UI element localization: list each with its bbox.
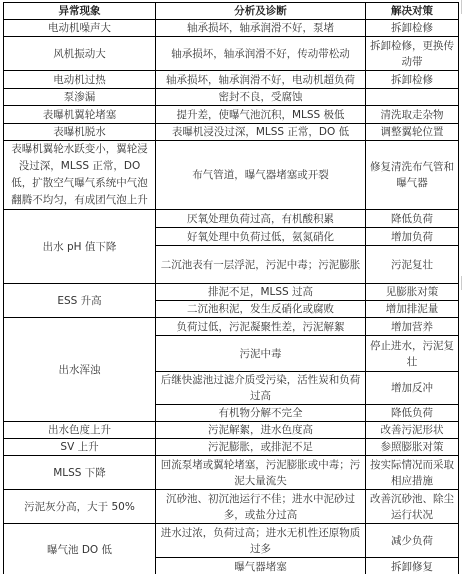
symptom-cell: SV 上升 — [4, 439, 156, 456]
symptom-cell: 出水色度上升 — [4, 422, 156, 439]
table-row: 污泥灰分高，大于 50% 沉砂池、初沉池运行不佳；进水中泥砂过多，或盐分过高 改… — [4, 490, 459, 524]
solution-cell: 改善污泥形状 — [366, 422, 459, 439]
diagnosis-cell: 二沉池表有一层浮泥，污泥中毒；污泥膨胀 — [156, 246, 366, 284]
symptom-cell: ESS 升高 — [4, 284, 156, 318]
symptom-cell: 出水浑浊 — [4, 318, 156, 422]
table-row: 出水色度上升 污泥解絮，进水色度高 改善污泥形状 — [4, 422, 459, 439]
table-row: 出水 pH 值下降 厌氧处理负荷过高，有机酸积累 降低负荷 — [4, 210, 459, 228]
table-row: ESS 升高 排泥不足，MLSS 过高 见膨胀对策 — [4, 284, 459, 301]
diagnosis-cell: 布气管道，曝气器堵塞或开裂 — [156, 141, 366, 210]
solution-cell: 降低负荷 — [366, 210, 459, 228]
diagnosis-cell: 污泥膨胀，或排泥不足 — [156, 439, 366, 456]
table-header: 异常现象 分析及诊断 解决对策 — [4, 3, 459, 20]
table-row: 表曝机翼轮水跃变小，翼轮浸没过深，MLSS 正常，DO 低，扩散空气曝气系统中气… — [4, 141, 459, 210]
solution-cell: 增加负荷 — [366, 228, 459, 246]
solution-cell: 调整翼轮位置 — [366, 124, 459, 141]
solution-cell: 降低负荷 — [366, 405, 459, 422]
solution-cell: 增加排泥量 — [366, 301, 459, 318]
solution-cell: 清洗取走杂物 — [366, 106, 459, 124]
diagnosis-cell: 表曝机浸没过深，MLSS 正常，DO 低 — [156, 124, 366, 141]
solution-cell: 停止进水，污泥复壮 — [366, 336, 459, 372]
diagnosis-cell: 轴承损坏，轴承润滑不好，泵堵 — [156, 20, 366, 37]
diagnosis-cell: 进水过浓，负荷过高；进水无机性还原物质过多 — [156, 524, 366, 558]
solution-cell: 增加反冲 — [366, 372, 459, 405]
table-row: 泵渗漏 密封不良，受腐蚀 — [4, 89, 459, 106]
diagnosis-cell: 负荷过低，污泥凝聚性差，污泥解絮 — [156, 318, 366, 336]
symptom-cell: 电动机噪声大 — [4, 20, 156, 37]
solution-cell: 拆卸检修，更换传动带 — [366, 37, 459, 71]
diagnosis-cell: 排泥不足，MLSS 过高 — [156, 284, 366, 301]
symptom-cell: 污泥灰分高，大于 50% — [4, 490, 156, 524]
solution-cell: 见膨胀对策 — [366, 284, 459, 301]
solution-cell — [366, 89, 459, 106]
diagnosis-cell: 曝气器堵塞 — [156, 558, 366, 574]
solution-cell: 按实际情况而采取相应措施 — [366, 456, 459, 490]
symptom-cell: 表曝机翼轮堵塞 — [4, 106, 156, 124]
diagnosis-cell: 好氧处理中负荷过低，氨氮硝化 — [156, 228, 366, 246]
solution-cell: 污泥复壮 — [366, 246, 459, 284]
diagnosis-cell: 污泥中毒 — [156, 336, 366, 372]
symptom-cell: 电动机过热 — [4, 71, 156, 89]
diagnosis-cell: 提升差，使曝气池沉积，MLSS 极低 — [156, 106, 366, 124]
symptom-cell: MLSS 下降 — [4, 456, 156, 490]
symptom-cell: 风机振动大 — [4, 37, 156, 71]
header-diagnosis: 分析及诊断 — [156, 3, 366, 20]
header-symptom: 异常现象 — [4, 3, 156, 20]
table-row: SV 上升 污泥膨胀，或排泥不足 参照膨胀对策 — [4, 439, 459, 456]
diagnosis-cell: 污泥解絮，进水色度高 — [156, 422, 366, 439]
solution-cell: 拆卸检修 — [366, 71, 459, 89]
table-row: 表曝机脱水 表曝机浸没过深，MLSS 正常，DO 低 调整翼轮位置 — [4, 124, 459, 141]
solution-cell: 减少负荷 — [366, 524, 459, 558]
table-row: 表曝机翼轮堵塞 提升差，使曝气池沉积，MLSS 极低 清洗取走杂物 — [4, 106, 459, 124]
symptom-cell: 泵渗漏 — [4, 89, 156, 106]
diagnosis-cell: 轴承损坏，轴承润滑不好，电动机超负荷 — [156, 71, 366, 89]
troubleshooting-table: 异常现象 分析及诊断 解决对策 电动机噪声大 轴承损坏，轴承润滑不好，泵堵 拆卸… — [3, 2, 459, 574]
table-row: 电动机过热 轴承损坏，轴承润滑不好，电动机超负荷 拆卸检修 — [4, 71, 459, 89]
solution-cell: 修复清洗布气管和曝气器 — [366, 141, 459, 210]
diagnosis-cell: 有机物分解不完全 — [156, 405, 366, 422]
diagnosis-cell: 轴承损坏，轴承润滑不好，传动带松动 — [156, 37, 366, 71]
header-solution: 解决对策 — [366, 3, 459, 20]
diagnosis-cell: 密封不良，受腐蚀 — [156, 89, 366, 106]
table-row: MLSS 下降 回流泵堵或翼轮堵塞，污泥膨胀或中毒；污泥大量流失 按实际情况而采… — [4, 456, 459, 490]
symptom-cell: 曝气池 DO 低 — [4, 524, 156, 574]
symptom-cell: 表曝机脱水 — [4, 124, 156, 141]
solution-cell: 拆卸修复 — [366, 558, 459, 574]
diagnosis-cell: 沉砂池、初沉池运行不佳；进水中泥砂过多，或盐分过高 — [156, 490, 366, 524]
solution-cell: 改善沉砂池、除尘运行状况 — [366, 490, 459, 524]
diagnosis-cell: 二沉池积泥，发生反硝化或腐败 — [156, 301, 366, 318]
table-row: 电动机噪声大 轴承损坏，轴承润滑不好，泵堵 拆卸检修 — [4, 20, 459, 37]
symptom-cell: 出水 pH 值下降 — [4, 210, 156, 284]
solution-cell: 参照膨胀对策 — [366, 439, 459, 456]
table-row: 风机振动大 轴承损坏，轴承润滑不好，传动带松动 拆卸检修，更换传动带 — [4, 37, 459, 71]
table-row: 曝气池 DO 低 进水过浓，负荷过高；进水无机性还原物质过多 减少负荷 — [4, 524, 459, 558]
solution-cell: 拆卸检修 — [366, 20, 459, 37]
diagnosis-cell: 回流泵堵或翼轮堵塞，污泥膨胀或中毒；污泥大量流失 — [156, 456, 366, 490]
diagnosis-cell: 厌氧处理负荷过高，有机酸积累 — [156, 210, 366, 228]
diagnosis-cell: 后继快滤池过滤介质受污染，活性炭和负荷过高 — [156, 372, 366, 405]
symptom-cell: 表曝机翼轮水跃变小，翼轮浸没过深，MLSS 正常，DO 低，扩散空气曝气系统中气… — [4, 141, 156, 210]
solution-cell: 增加营养 — [366, 318, 459, 336]
table-row: 出水浑浊 负荷过低，污泥凝聚性差，污泥解絮 增加营养 — [4, 318, 459, 336]
